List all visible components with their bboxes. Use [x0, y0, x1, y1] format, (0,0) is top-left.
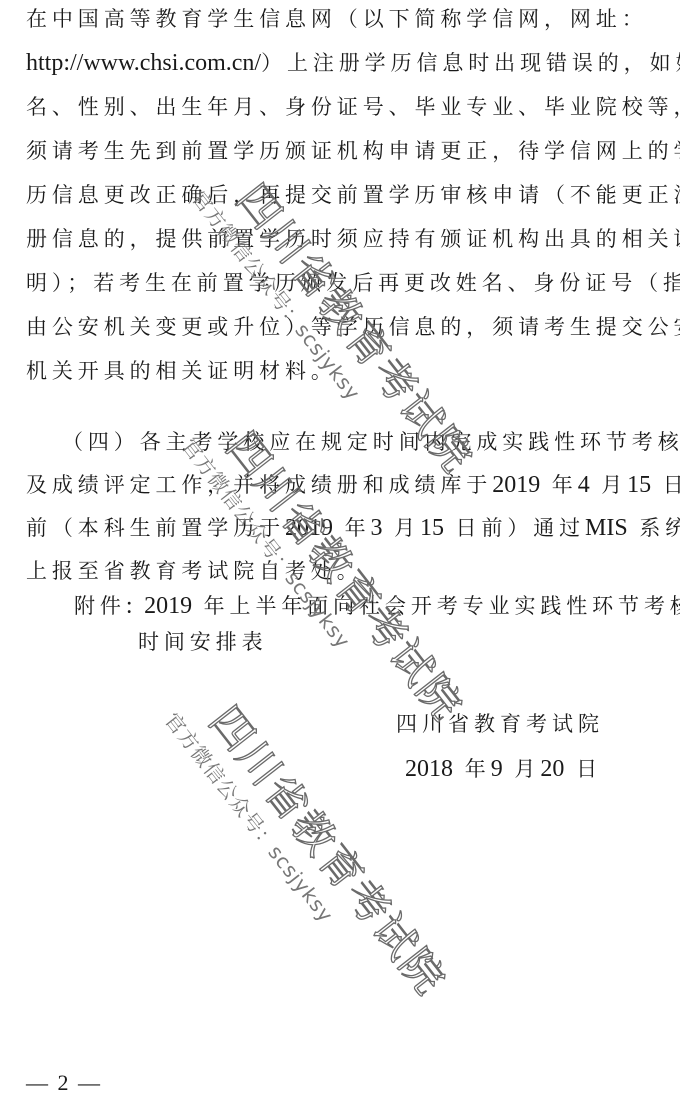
attachment-label: 附件	[74, 594, 126, 618]
text: 系统	[639, 516, 680, 540]
body-line-2: http://www.chsi.com.cn/）上注册学历信息时出现错误的，如姓	[26, 49, 680, 77]
body-line-8: 由公安机关变更或升位）等学历信息的，须请考生提交公安	[26, 313, 680, 341]
year: 2019	[285, 515, 333, 541]
attachment-line-1: 附件: 2019 年上半年面向社会开考专业实践性环节考核	[74, 592, 680, 620]
year: 2019	[492, 472, 540, 498]
section-4-line-1: （四）各主考学校应在规定时间内完成实践性环节考核	[62, 428, 680, 456]
text: 月	[394, 516, 420, 540]
watermark-subtitle: 官方微信公众号：scsjyksy	[159, 706, 416, 1023]
watermark-title: 四川省教育考试院	[198, 692, 462, 1006]
chsi-url: http://www.chsi.com.cn/	[26, 50, 261, 76]
body-line-2-text: ）上注册学历信息时出现错误的，如姓	[261, 51, 680, 75]
day: 20	[540, 756, 564, 782]
text: 日	[576, 757, 602, 781]
body-line-6: 册信息的，提供前置学历时须应持有颁证机构出具的相关证	[26, 225, 680, 253]
attachment-line-2: 时间安排表	[138, 628, 268, 656]
page-number: — 2 —	[26, 1070, 102, 1096]
body-line-9: 机关开具的相关证明材料。	[26, 357, 337, 385]
text: 及成绩评定工作，并将成绩册和成绩库于	[26, 473, 492, 497]
text: 年	[345, 516, 371, 540]
month: 4	[578, 472, 590, 498]
body-line-3: 名、性别、出生年月、身份证号、毕业专业、毕业院校等，	[26, 93, 680, 121]
text: 日前）通过	[456, 516, 586, 540]
day: 15	[627, 472, 651, 498]
year: 2019	[144, 593, 192, 619]
month: 9	[491, 756, 503, 782]
watermark-3: 四川省教育考试院 官方微信公众号：scsjyksy	[176, 692, 461, 1023]
signature-date: 2018 年9 月20 日	[405, 755, 602, 783]
body-line-4: 须请考生先到前置学历颁证机构申请更正，待学信网上的学	[26, 137, 680, 165]
text: 月	[514, 757, 540, 781]
month: 3	[370, 515, 382, 541]
text: 年	[552, 473, 578, 497]
body-line-1: 在中国高等教育学生信息网（以下简称学信网，网址：	[26, 5, 648, 33]
body-line-7: 明）；若考生在前置学历颁发后再更改姓名、身份证号（指	[26, 269, 680, 297]
signature-org: 四川省教育考试院	[396, 710, 604, 738]
section-4-line-4: 上报至省教育考试院自考处。	[26, 557, 363, 585]
year: 2018	[405, 756, 453, 782]
text: 月	[601, 473, 627, 497]
body-line-5: 历信息更改正确后，再提交前置学历审核申请（不能更正注	[26, 181, 680, 209]
text: 日	[663, 473, 680, 497]
text: 前（本科生前置学历于	[26, 516, 285, 540]
section-4-line-3: 前（本科生前置学历于2019 年3 月15 日前）通过MIS 系统	[26, 514, 680, 542]
system-name: MIS	[585, 515, 628, 541]
attachment-title: 年上半年面向社会开考专业实践性环节考核	[204, 594, 680, 618]
day: 15	[420, 515, 444, 541]
colon: :	[126, 593, 133, 619]
text: 年	[465, 757, 491, 781]
section-4-line-2: 及成绩评定工作，并将成绩册和成绩库于2019 年4 月15 日	[26, 471, 680, 499]
